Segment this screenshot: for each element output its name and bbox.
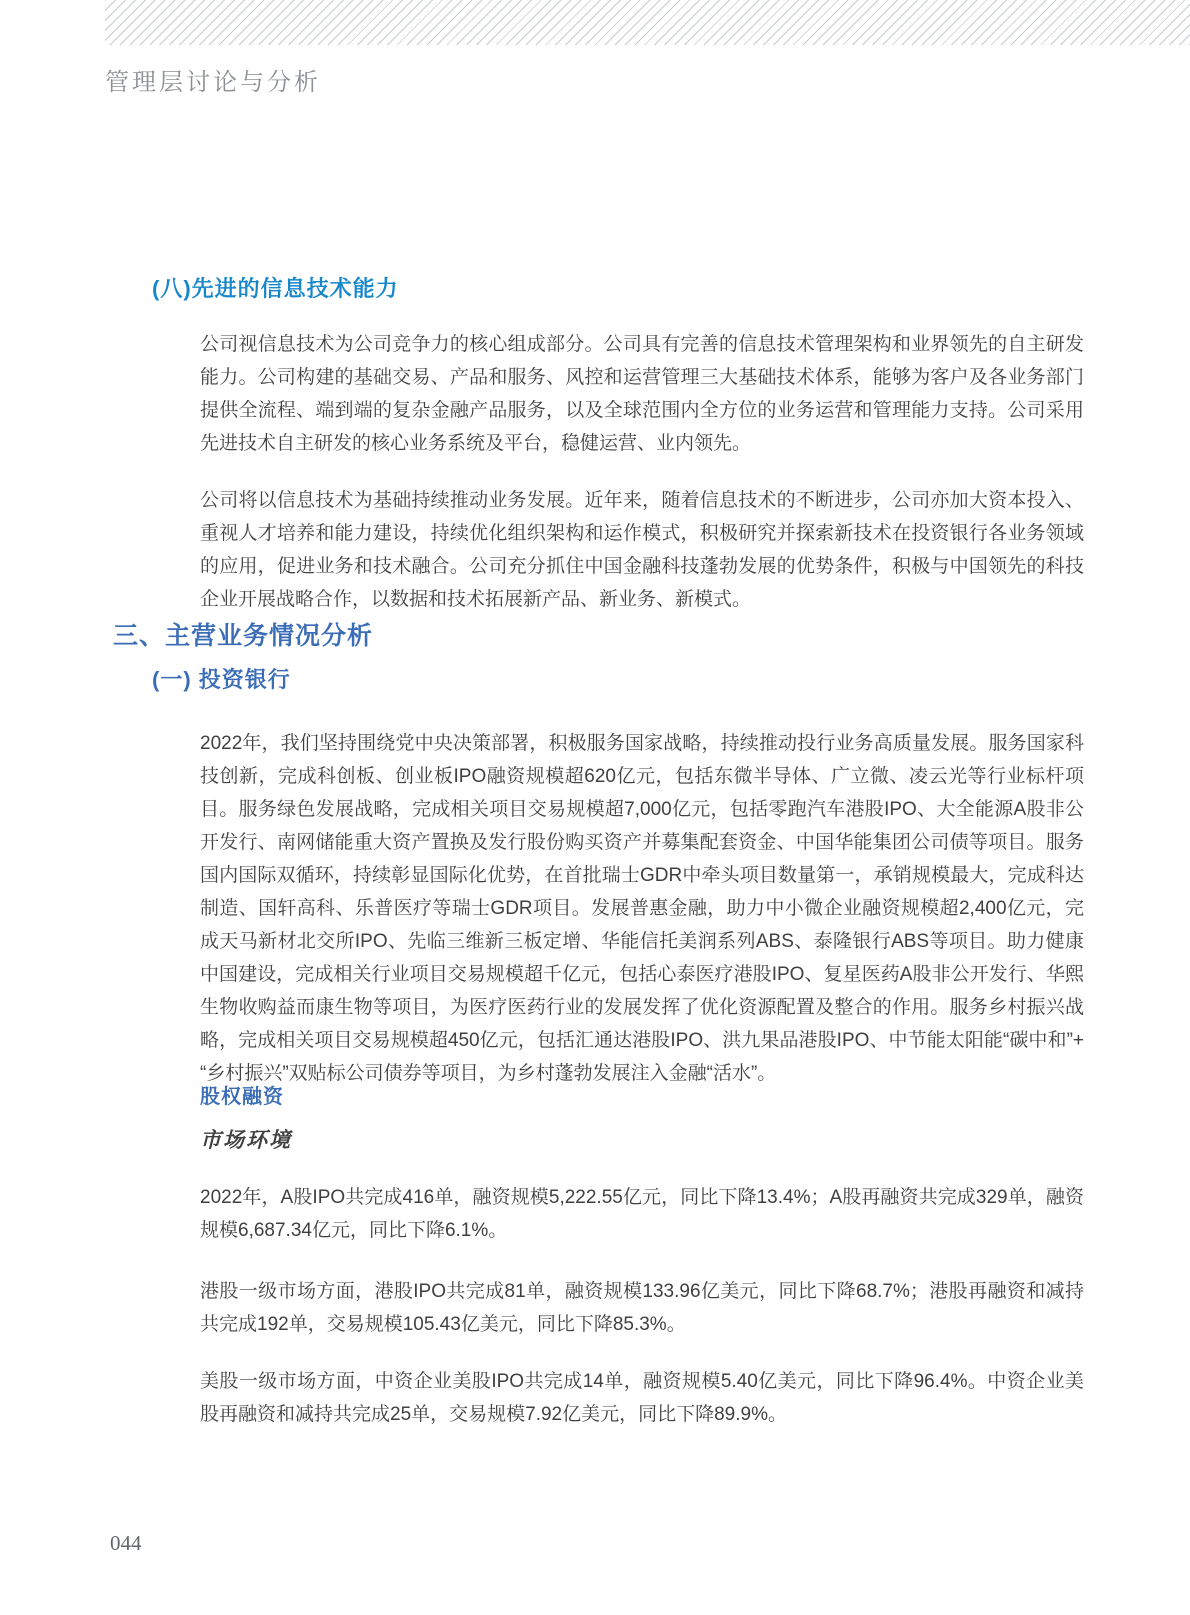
header-hatch-pattern	[105, 0, 1190, 45]
paragraph-investment-banking-overview: 2022年，我们坚持围绕党中央决策部署，积极服务国家战略，持续推动投行业务高质量…	[200, 727, 1084, 1090]
paragraph-it-capability-2: 公司将以信息技术为基础持续推动业务发展。近年来，随着信息技术的不断进步，公司亦加…	[200, 484, 1084, 616]
section-heading-it-capability: (八)先进的信息技术能力	[152, 272, 399, 303]
paragraph-market-us: 美股一级市场方面，中资企业美股IPO共完成14单，融资规模5.40亿美元，同比下…	[200, 1365, 1084, 1431]
running-header: 管理层讨论与分析	[105, 62, 321, 97]
report-page: { "page": { "running_header": "管理层讨论与分析"…	[0, 0, 1190, 1615]
section-heading-investment-banking: (一) 投资银行	[152, 663, 291, 694]
paragraph-it-capability-1: 公司视信息技术为公司竞争力的核心组成部分。公司具有完善的信息技术管理架构和业界领…	[200, 328, 1084, 460]
subsection-heading-market-environment: 市场环境	[200, 1124, 292, 1154]
section-heading-main-business: 三、主营业务情况分析	[113, 616, 373, 652]
paragraph-market-hk: 港股一级市场方面，港股IPO共完成81单，融资规模133.96亿美元，同比下降6…	[200, 1275, 1084, 1341]
paragraph-market-a-share: 2022年，A股IPO共完成416单，融资规模5,222.55亿元，同比下降13…	[200, 1181, 1084, 1247]
page-number: 044	[110, 1531, 142, 1556]
subsection-heading-equity-financing: 股权融资	[200, 1080, 284, 1109]
